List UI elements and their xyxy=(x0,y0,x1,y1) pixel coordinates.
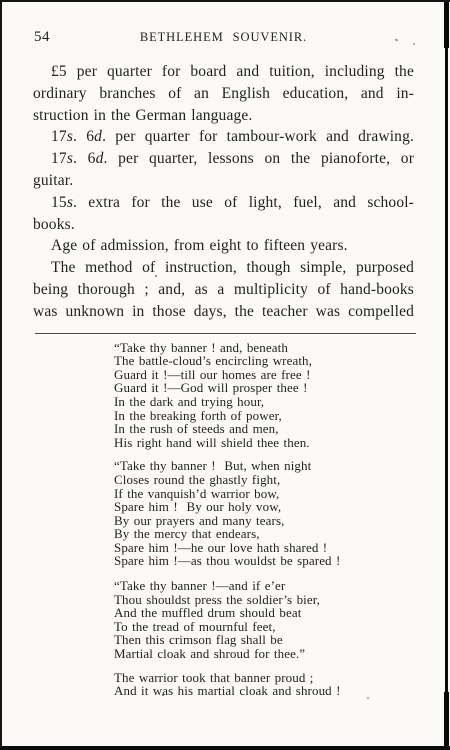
scan-speck xyxy=(155,275,157,277)
text: £5 per quarter for board and tuition, in… xyxy=(51,63,414,80)
poem-line: Thou shouldst press the soldier’s bier, xyxy=(114,593,414,607)
text: 17 xyxy=(51,128,67,145)
poem-line: The warrior took that banner proud ; xyxy=(114,671,414,685)
scan-speck xyxy=(367,697,369,699)
text: . extra for the use of light, fuel, and … xyxy=(73,194,414,211)
paragraph: The method of instruction, though simple… xyxy=(33,257,414,322)
poem-line: In the rush of steeds and men, xyxy=(114,422,414,436)
poem-line: The battle-cloud’s encircling wreath, xyxy=(114,354,414,368)
poem-line: Martial cloak and shroud for thee.” xyxy=(114,647,414,661)
paragraph: 17s. 6d. per quarter, lessons on the pia… xyxy=(33,148,414,192)
paragraph: 17s. 6d. per quarter for tambour-work an… xyxy=(33,126,414,148)
poem-line: Spare him ! By our holy vow, xyxy=(114,500,414,514)
paragraph: £5 per quarter for board and tuition, in… xyxy=(33,61,414,126)
body-line: £5 per quarter for board and tuition, in… xyxy=(33,61,414,83)
poem-stanza: “Take thy banner !—and if e’erThou shoul… xyxy=(114,579,414,661)
body-line: guitar. xyxy=(33,170,414,192)
poem-line: Closes round the ghastly fight, xyxy=(114,473,414,487)
poem-line: And it was his martial cloak and shroud … xyxy=(114,684,414,698)
poem-line: Guard it !—God will prosper thee ! xyxy=(114,381,414,395)
poem-line: By the mercy that endears, xyxy=(114,527,414,541)
body-line: 17s. 6d. per quarter for tambour-work an… xyxy=(33,126,414,148)
text: was unknown in those days, the teacher w… xyxy=(33,303,414,320)
text: 17 xyxy=(51,150,67,167)
italic-text: d xyxy=(94,128,102,145)
poem-line: And the muffled drum should beat xyxy=(114,606,414,620)
body-line: 15s. extra for the use of light, fuel, a… xyxy=(33,192,414,214)
text: books. xyxy=(33,216,75,233)
body-line: 17s. 6d. per quarter, lessons on the pia… xyxy=(33,148,414,170)
body-line: was unknown in those days, the teacher w… xyxy=(33,301,414,323)
text: guitar. xyxy=(33,172,73,189)
book-page: 54 BETHLEHEM SOUVENIR. £5 per quarter fo… xyxy=(0,0,450,750)
poem-line: Then this crimson flag shall be xyxy=(114,633,414,647)
poem-line: “Take thy banner ! and, beneath xyxy=(114,341,414,355)
poem-stanza: “Take thy banner ! But, when nightCloses… xyxy=(114,459,414,568)
scan-edge-mark-bottom xyxy=(444,692,449,750)
poem-line: Guard it !—till our homes are free ! xyxy=(114,368,414,382)
text: ordinary branches of an English educatio… xyxy=(33,85,414,102)
footnote-rule xyxy=(35,333,416,334)
paragraph: 15s. extra for the use of light, fuel, a… xyxy=(33,192,414,236)
poem-stanza: The warrior took that banner proud ;And … xyxy=(114,671,414,698)
body-line: ordinary branches of an English educatio… xyxy=(33,83,414,105)
scan-edge-mark-top xyxy=(444,2,449,48)
body-text: £5 per quarter for board and tuition, in… xyxy=(33,61,414,323)
poem-stanza: “Take thy banner ! and, beneathThe battl… xyxy=(114,341,414,450)
paragraph: Age of admission, from eight to fifteen … xyxy=(33,235,414,257)
text: Age of admission, from eight to fifteen … xyxy=(51,237,348,254)
poem-line: In the breaking forth of power, xyxy=(114,409,414,423)
poem-line: Spare him !—he our love hath shared ! xyxy=(114,541,414,555)
poem-line: His right hand will shield thee then. xyxy=(114,436,414,450)
poem-line: To the tread of mournful feet, xyxy=(114,620,414,634)
poem-line: “Take thy banner ! But, when night xyxy=(114,459,414,473)
poem-line: In the dark and trying hour, xyxy=(114,395,414,409)
body-line: books. xyxy=(33,214,414,236)
page-number: 54 xyxy=(34,29,50,45)
footnote-poem: “Take thy banner ! and, beneathThe battl… xyxy=(114,341,414,698)
poem-line: “Take thy banner !—and if e’er xyxy=(114,579,414,593)
scan-speck xyxy=(413,43,415,45)
body-line: struction in the German language. xyxy=(33,105,414,127)
scan-speck xyxy=(162,694,164,696)
text: The method of instruction, though simple… xyxy=(51,259,414,276)
running-title: BETHLEHEM SOUVENIR. xyxy=(33,29,414,45)
text: struction in the German language. xyxy=(33,107,252,124)
text: . per quarter, lessons on the pianoforte… xyxy=(103,150,414,167)
text: . 6 xyxy=(73,150,96,167)
body-line: The method of instruction, though simple… xyxy=(33,257,414,279)
text: 15 xyxy=(51,194,67,211)
poem-line: By our prayers and many tears, xyxy=(114,514,414,528)
body-line: Age of admission, from eight to fifteen … xyxy=(33,235,414,257)
text: . per quarter for tambour-work and drawi… xyxy=(102,128,414,145)
poem-line: Spare him !—as thou wouldst be spared ! xyxy=(114,554,414,568)
text: . 6 xyxy=(73,128,94,145)
body-line: being thorough ; and, as a multiplicity … xyxy=(33,279,414,301)
page-header: 54 BETHLEHEM SOUVENIR. xyxy=(33,2,414,45)
poem-line: If the vanquish’d warrior bow, xyxy=(114,487,414,501)
text: being thorough ; and, as a multiplicity … xyxy=(33,281,414,298)
page-content: 54 BETHLEHEM SOUVENIR. £5 per quarter fo… xyxy=(33,2,414,698)
scan-edge-line xyxy=(445,2,448,750)
